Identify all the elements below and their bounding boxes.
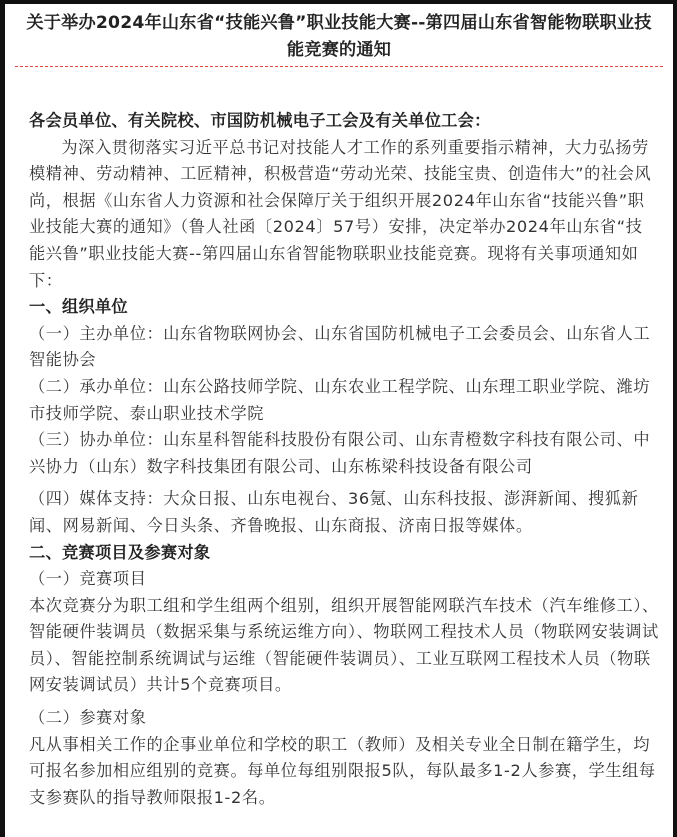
organizer-host: （一）主办单位：山东省物联网协会、山东省国防机械电子工会委员会、山东省人工智能协… [29,321,659,374]
article-frame: 关于举办2024年山东省“技能兴鲁”职业技能大赛--第四届山东省智能物联职业技能… [0,0,677,837]
section-heading-organizers: 一、组织单位 [29,294,659,321]
subsection-text-participants: 凡从事相关工作的企事业单位和学校的职工（教师）及相关专业全日制在籍学生，均可报名… [29,732,659,812]
subsection-label-participants: （二）参赛对象 [29,705,659,732]
title-divider [15,66,663,67]
organizer-media-support: （四）媒体支持：大众日报、山东电视台、36氪、山东科技报、澎湃新闻、搜狐新闻、网… [29,486,659,539]
subsection-label-projects: （一）竞赛项目 [29,566,659,593]
organizer-undertaker: （二）承办单位：山东公路技师学院、山东农业工程学院、山东理工职业学院、潍坊市技师… [29,374,659,427]
organizer-co-organizer: （三）协办单位：山东星科智能科技股份有限公司、山东青橙数字科技有限公司、中兴协力… [29,427,659,480]
intro-paragraph: 为深入贯彻落实习近平总书记对技能人才工作的系列重要指示精神，大力弘扬劳模精神、劳… [29,135,659,295]
greeting: 各会员单位、有关院校、市国防机械电子工会及有关单位工会： [29,108,659,135]
subsection-text-projects: 本次竞赛分为职工组和学生组两个组别，组织开展智能网联汽车技术（汽车维修工）、智能… [29,593,659,699]
article-title: 关于举办2024年山东省“技能兴鲁”职业技能大赛--第四届山东省智能物联职业技能… [19,10,659,64]
section-heading-competition: 二、竞赛项目及参赛对象 [29,540,659,567]
article-body: 各会员单位、有关院校、市国防机械电子工会及有关单位工会： 为深入贯彻落实习近平总… [29,108,659,811]
